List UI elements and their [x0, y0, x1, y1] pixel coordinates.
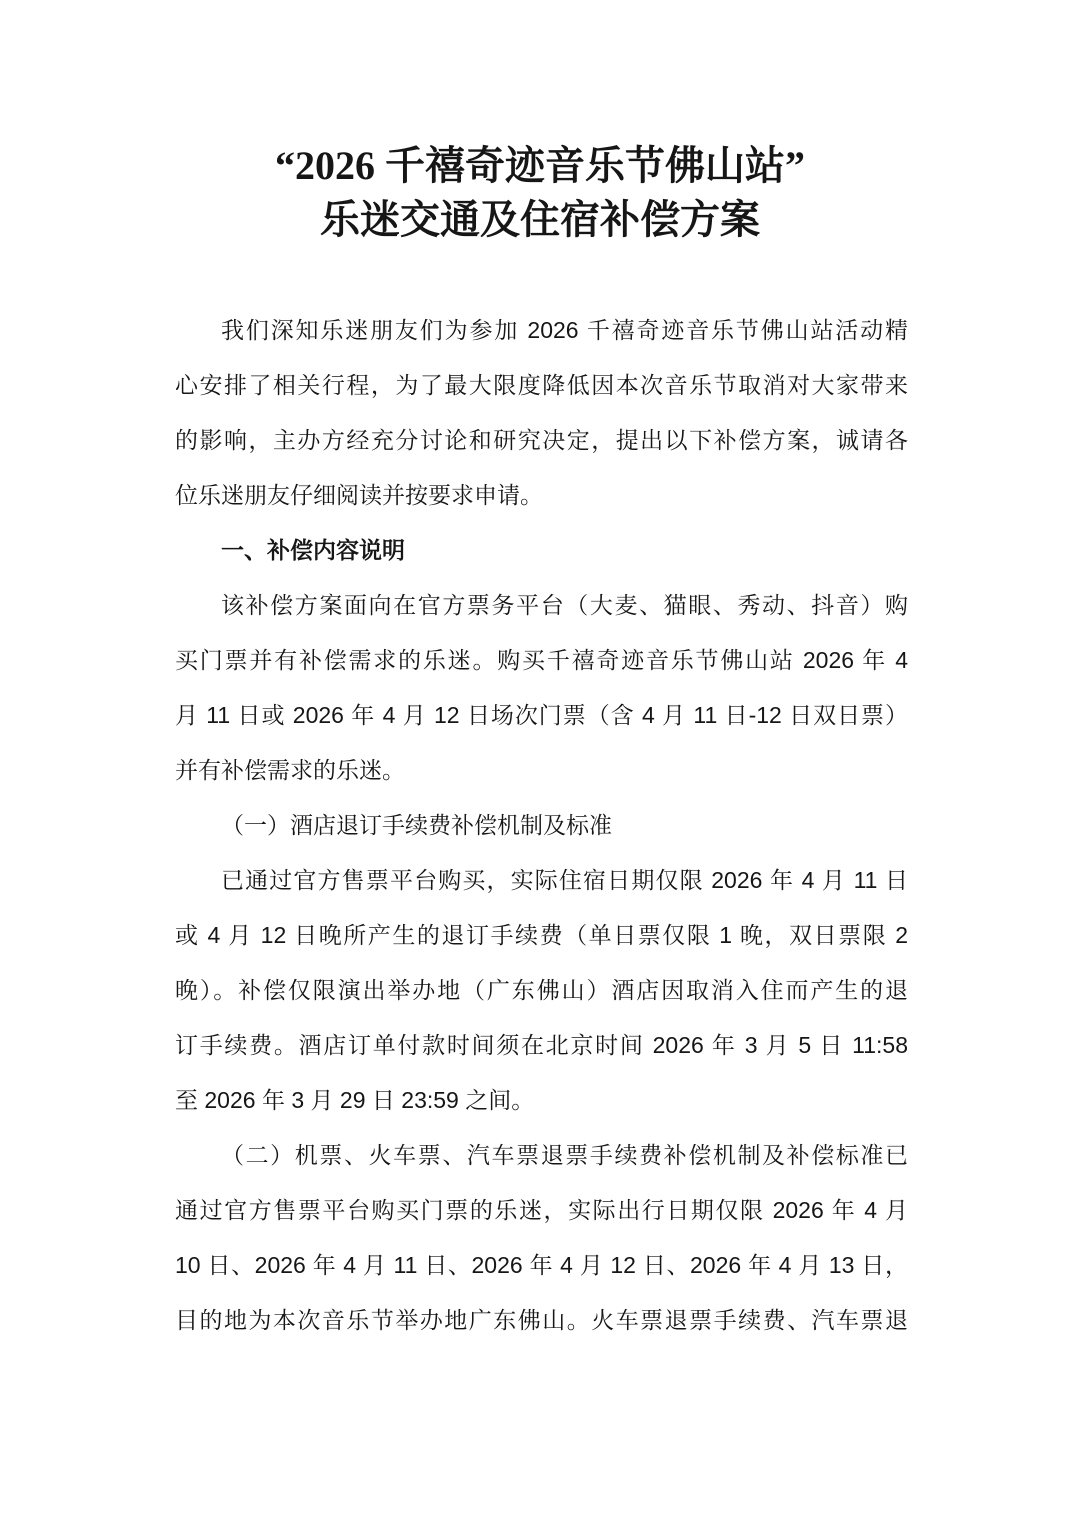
paragraph-scope-line: 该补偿方案面向在官方票务平台（大麦、猫眼、秀动、抖音）购: [175, 578, 908, 633]
title-line-1: “2026 千禧奇迹音乐节佛山站”: [174, 139, 906, 193]
paragraph-intro-line: 的影响，主办方经充分讨论和研究决定，提出以下补偿方案，诚请各: [175, 413, 908, 468]
paragraph-intro-line: 位乐迷朋友仔细阅读并按要求申请。: [175, 468, 908, 523]
paragraph-hotel-line: 晚）。补偿仅限演出举办地（广东佛山）酒店因取消入住而产生的退: [175, 963, 908, 1018]
heading-compensation-details: 一、补偿内容说明: [175, 523, 908, 578]
document-title: “2026 千禧奇迹音乐节佛山站” 乐迷交通及住宿补偿方案: [174, 139, 906, 247]
paragraph-scope-line: 月 11 日或 2026 年 4 月 12 日场次门票（含 4 月 11 日-1…: [175, 688, 908, 743]
paragraph-hotel-line: 至 2026 年 3 月 29 日 23:59 之间。: [175, 1073, 908, 1128]
paragraph-hotel-line: 或 4 月 12 日晚所产生的退订手续费（单日票仅限 1 晚，双日票限 2: [175, 908, 908, 963]
paragraph-hotel-line: 订手续费。酒店订单付款时间须在北京时间 2026 年 3 月 5 日 11:58: [175, 1018, 908, 1073]
paragraph-hotel-line: 已通过官方售票平台购买，实际住宿日期仅限 2026 年 4 月 11 日: [175, 853, 908, 908]
paragraph-transport-line: 10 日、2026 年 4 月 11 日、2026 年 4 月 12 日、202…: [175, 1238, 908, 1293]
paragraph-transport-line: 目的地为本次音乐节举办地广东佛山。火车票退票手续费、汽车票退: [175, 1293, 908, 1348]
paragraph-transport-line: 通过官方售票平台购买门票的乐迷，实际出行日期仅限 2026 年 4 月: [175, 1183, 908, 1238]
document-page: “2026 千禧奇迹音乐节佛山站” 乐迷交通及住宿补偿方案 我们深知乐迷朋友们为…: [0, 0, 1080, 1513]
paragraph-scope-line: 并有补偿需求的乐迷。: [175, 743, 908, 798]
document-body: 我们深知乐迷朋友们为参加 2026 千禧奇迹音乐节佛山站活动精 心安排了相关行程…: [175, 303, 908, 1348]
subheading-hotel-refund: （一）酒店退订手续费补偿机制及标准: [175, 798, 908, 853]
title-line-2: 乐迷交通及住宿补偿方案: [174, 193, 906, 247]
paragraph-transport-line: （二）机票、火车票、汽车票退票手续费补偿机制及补偿标准已: [175, 1128, 908, 1183]
paragraph-scope-line: 买门票并有补偿需求的乐迷。购买千禧奇迹音乐节佛山站 2026 年 4: [175, 633, 908, 688]
paragraph-intro-line: 我们深知乐迷朋友们为参加 2026 千禧奇迹音乐节佛山站活动精: [175, 303, 908, 358]
paragraph-intro-line: 心安排了相关行程，为了最大限度降低因本次音乐节取消对大家带来: [175, 358, 908, 413]
